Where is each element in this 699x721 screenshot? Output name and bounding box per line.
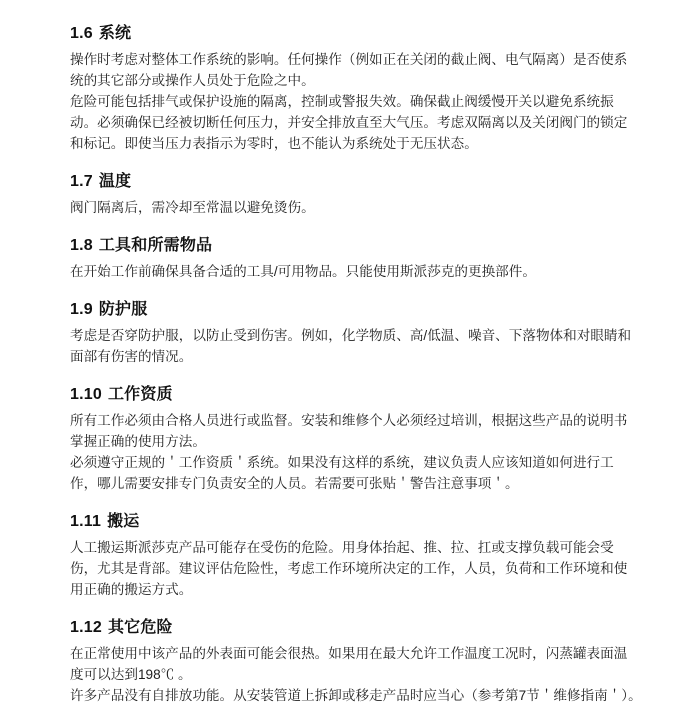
section-body-text: 所有工作必须由合格人员进行或监督。安装和维修个人必须经过培训，根据这些产品的说明…: [70, 410, 645, 494]
section-number: 1.6: [70, 25, 93, 42]
section-number: 1.7: [70, 173, 93, 190]
section-title: 工具和所需物品: [99, 237, 212, 254]
section-1-6: 1.6系统 操作时考虑对整体工作系统的影响。任何操作（例如正在关闭的截止阀、电气…: [70, 25, 669, 154]
section-heading: 1.8工具和所需物品: [70, 237, 669, 255]
section-body-text: 人工搬运斯派莎克产品可能存在受伤的危险。用身体抬起、推、拉、扛或支撑负载可能会受…: [70, 537, 645, 600]
section-body-text: 在开始工作前确保具备合适的工具/可用物品。只能使用斯派莎克的更换部件。: [70, 261, 645, 282]
section-1-12: 1.12其它危险 在正常使用中该产品的外表面可能会很热。如果用在最大允许工作温度…: [70, 619, 669, 706]
section-title: 工作资质: [108, 386, 173, 403]
section-body-text: 阀门隔离后，需冷却至常温以避免烫伤。: [70, 197, 645, 218]
section-heading: 1.7温度: [70, 173, 669, 191]
section-heading: 1.12其它危险: [70, 619, 669, 637]
section-number: 1.12: [70, 619, 102, 636]
section-number: 1.10: [70, 386, 102, 403]
section-1-10: 1.10工作资质 所有工作必须由合格人员进行或监督。安装和维修个人必须经过培训，…: [70, 386, 669, 494]
section-number: 1.11: [70, 513, 101, 530]
document-page: 1.6系统 操作时考虑对整体工作系统的影响。任何操作（例如正在关闭的截止阀、电气…: [0, 0, 699, 721]
section-body-text: 在正常使用中该产品的外表面可能会很热。如果用在最大允许工作温度工况时，闪蒸罐表面…: [70, 643, 645, 706]
section-title: 温度: [99, 173, 131, 190]
section-title: 防护服: [99, 301, 148, 318]
section-1-7: 1.7温度 阀门隔离后，需冷却至常温以避免烫伤。: [70, 173, 669, 218]
section-1-9: 1.9防护服 考虑是否穿防护服，以防止受到伤害。例如，化学物质、高/低温、噪音、…: [70, 301, 669, 367]
section-title: 搬运: [107, 513, 139, 530]
section-number: 1.8: [70, 237, 93, 254]
section-heading: 1.11搬运: [70, 513, 669, 531]
section-1-11: 1.11搬运 人工搬运斯派莎克产品可能存在受伤的危险。用身体抬起、推、拉、扛或支…: [70, 513, 669, 600]
section-1-8: 1.8工具和所需物品 在开始工作前确保具备合适的工具/可用物品。只能使用斯派莎克…: [70, 237, 669, 282]
section-body-text: 考虑是否穿防护服，以防止受到伤害。例如，化学物质、高/低温、噪音、下落物体和对眼…: [70, 325, 645, 367]
section-heading: 1.10工作资质: [70, 386, 669, 404]
section-number: 1.9: [70, 301, 93, 318]
section-heading: 1.6系统: [70, 25, 669, 43]
section-heading: 1.9防护服: [70, 301, 669, 319]
section-body-text: 操作时考虑对整体工作系统的影响。任何操作（例如正在关闭的截止阀、电气隔离）是否使…: [70, 49, 645, 154]
section-title: 系统: [99, 25, 131, 42]
section-title: 其它危险: [108, 619, 173, 636]
